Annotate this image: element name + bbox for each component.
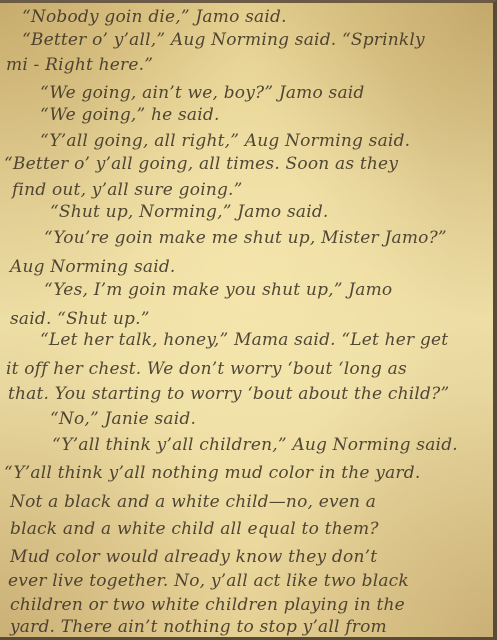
handwritten-line: “Y’all going, all right,” Aug Norming sa… xyxy=(40,131,410,151)
handwritten-line: “Yes, I’m goin make you shut up,” Jamo xyxy=(44,280,392,300)
handwritten-line: that. You starting to worry ‘bout about … xyxy=(8,384,449,404)
handwritten-line: Aug Norming said. xyxy=(10,257,176,277)
handwritten-line: black and a white child all equal to the… xyxy=(10,519,379,539)
handwritten-line: yard. There ain’t nothing to stop y’all … xyxy=(10,617,387,637)
handwritten-line: ever live together. No, y’all act like t… xyxy=(8,571,409,591)
handwritten-line: find out, y’all sure going.” xyxy=(12,180,243,200)
handwritten-line: “We going,” he said. xyxy=(40,105,220,125)
handwritten-line: mi - Right here.” xyxy=(6,55,153,75)
handwritten-line: “Y’all think y’all children,” Aug Normin… xyxy=(52,435,458,455)
handwritten-line: Not a black and a white child—no, even a xyxy=(10,492,376,512)
handwritten-line: “Y’all think y’all nothing mud color in … xyxy=(4,463,420,483)
handwritten-line: “Shut up, Norming,” Jamo said. xyxy=(50,202,329,222)
handwritten-line: children or two white children playing i… xyxy=(10,595,405,615)
handwritten-line: “You’re goin make me shut up, Mister Jam… xyxy=(44,228,447,248)
handwritten-line: said. “Shut up.” xyxy=(10,309,150,329)
handwritten-line: it off her chest. We don’t worry ‘bout ‘… xyxy=(6,359,407,379)
handwritten-line: “Nobody goin die,” Jamo said. xyxy=(22,7,287,27)
handwritten-line: “We going, ain’t we, boy?” Jamo said xyxy=(40,83,365,103)
handwritten-line: “Better o’ y’all going, all times. Soon … xyxy=(4,154,398,174)
handwritten-line: Mud color would already know they don’t xyxy=(10,547,377,567)
handwritten-line: “Let her talk, honey,” Mama said. “Let h… xyxy=(40,330,448,350)
handwritten-line: “Better o’ y’all,” Aug Norming said. “Sp… xyxy=(22,30,425,50)
manuscript-page: “Nobody goin die,” Jamo said. “Better o’… xyxy=(0,0,497,640)
handwritten-line: “No,” Janie said. xyxy=(50,409,196,429)
